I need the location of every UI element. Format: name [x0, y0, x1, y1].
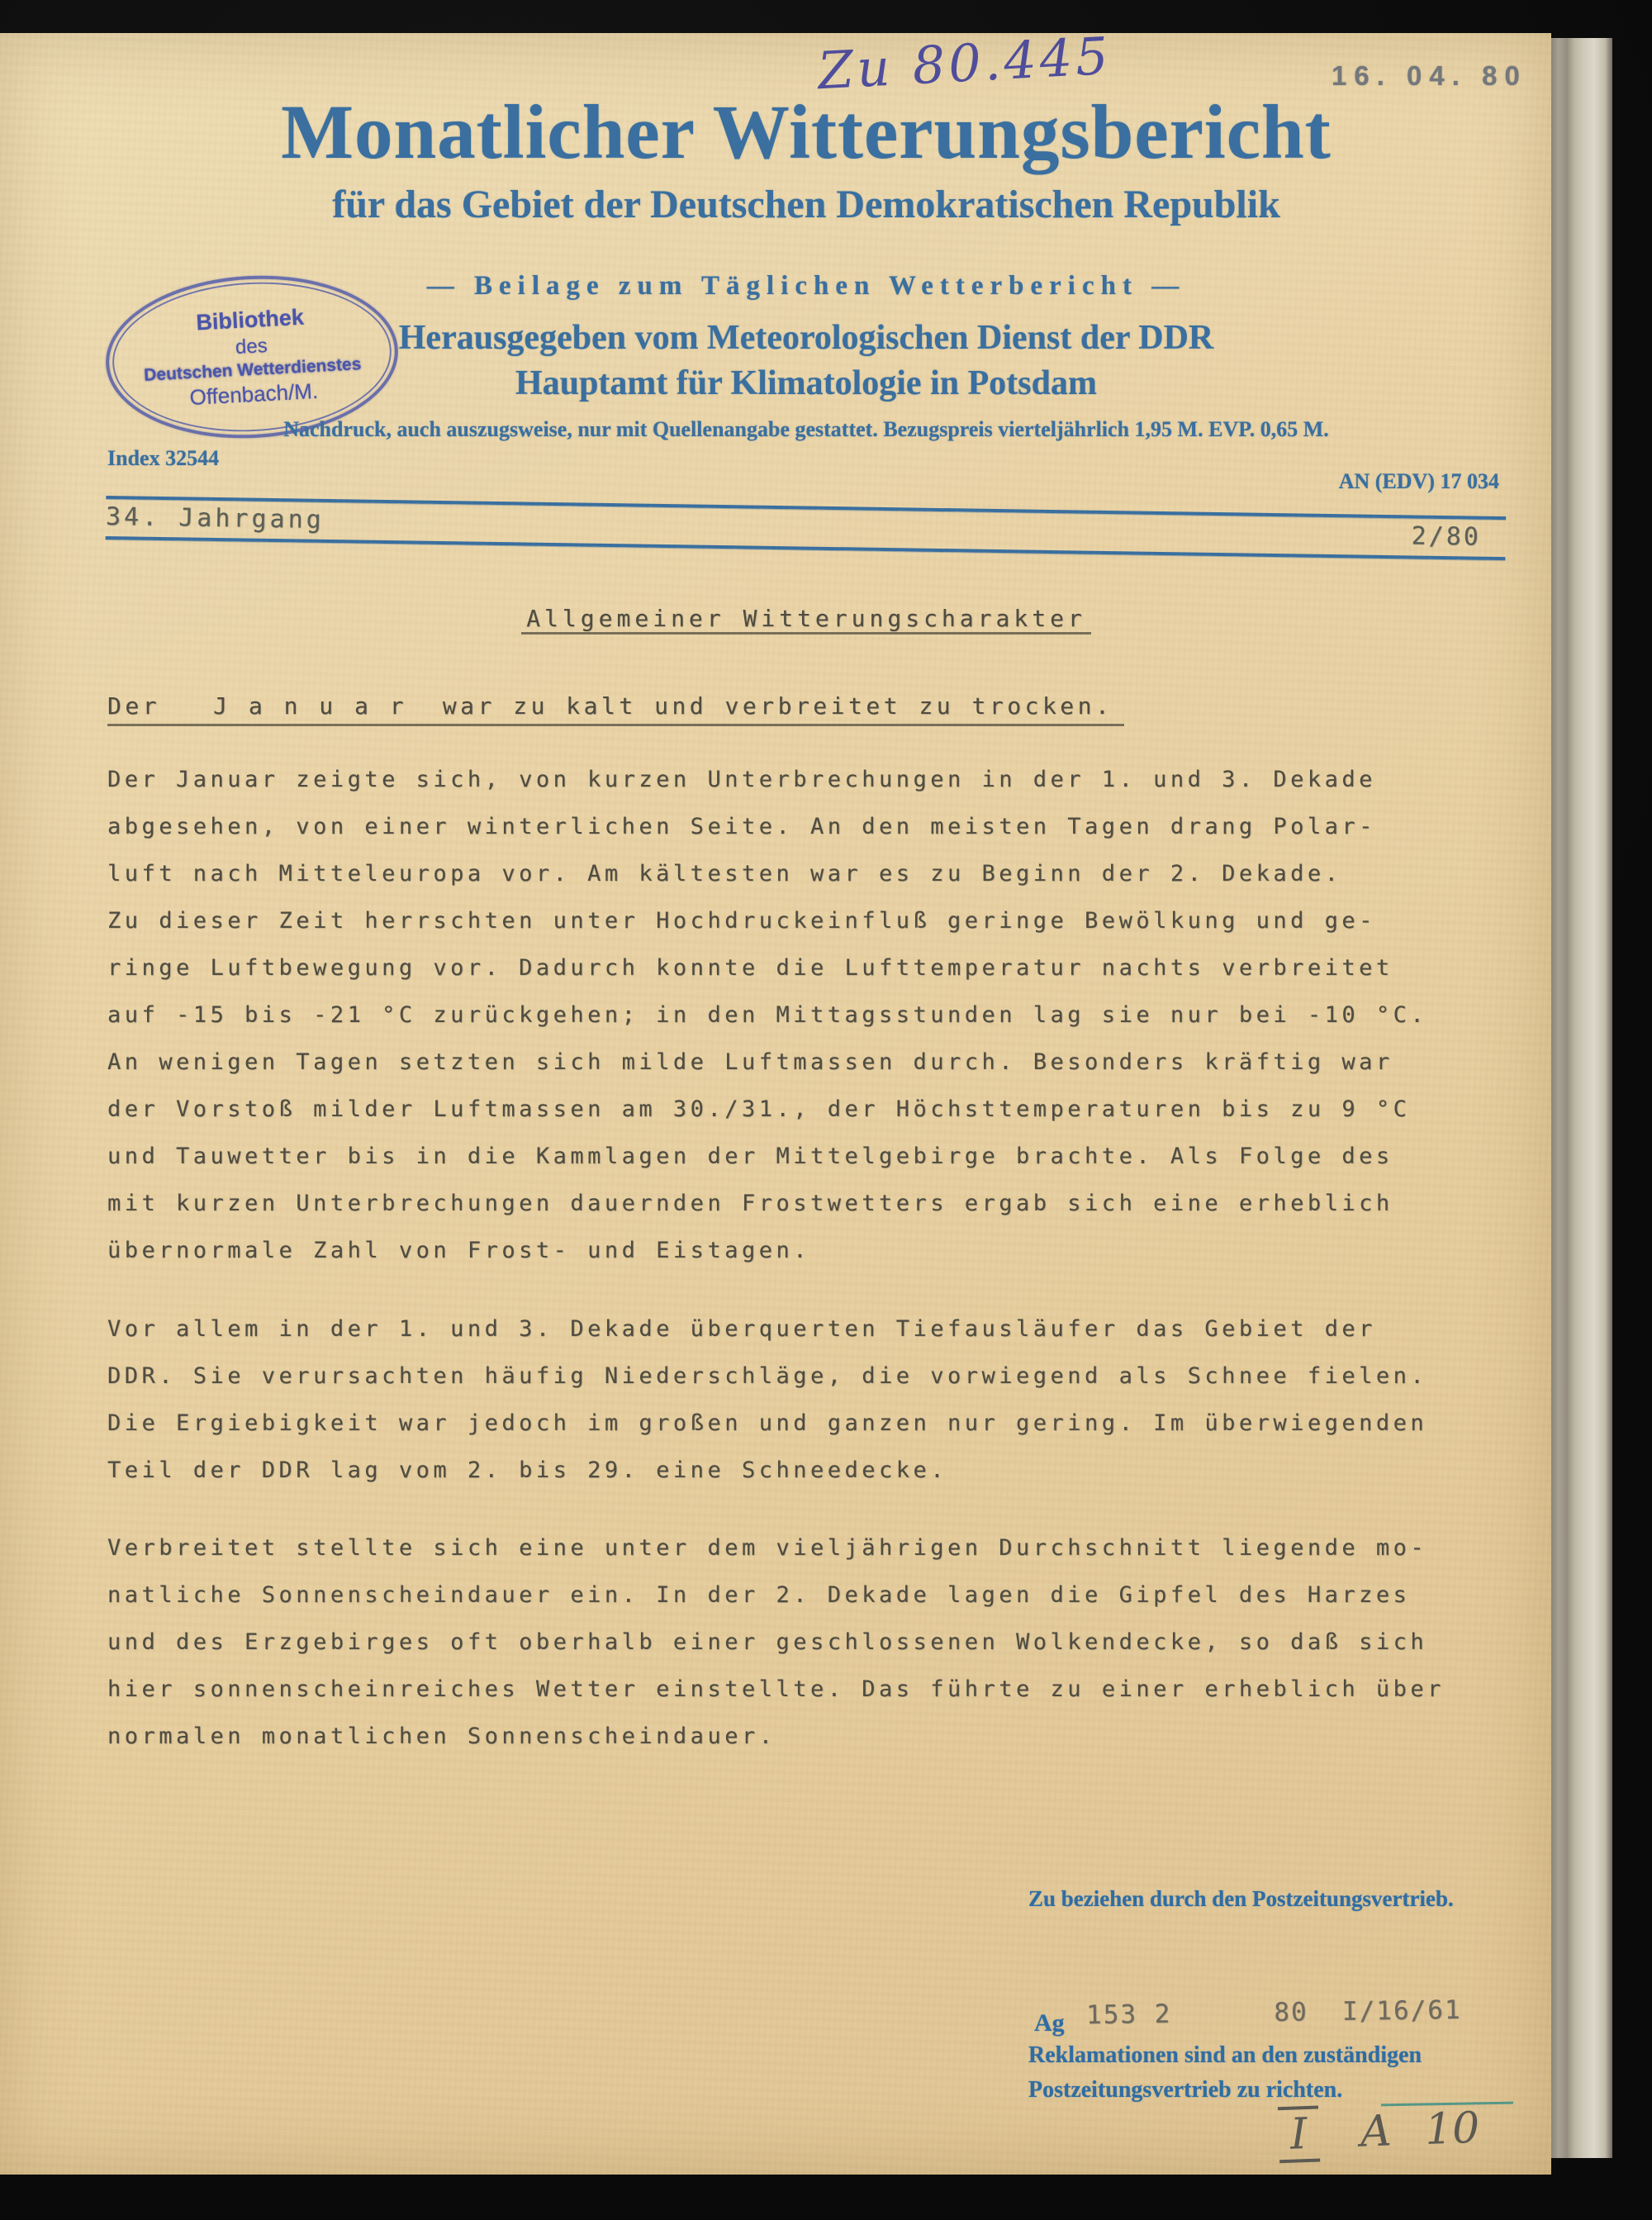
handwritten-shelfmark: I A 10	[1278, 2104, 1480, 2160]
index-number: Index 32544	[107, 446, 219, 471]
masthead: Monatlicher Witterungsbericht für das Ge…	[107, 93, 1505, 227]
issue-label: 2/80	[1411, 521, 1481, 551]
shelfmark-letter: A	[1360, 2106, 1393, 2156]
stamp-line-1: Bibliothek	[196, 303, 305, 337]
an-edv-number: AN (EDV) 17 034	[107, 469, 1499, 494]
imprint-line: Nachdruck, auch auszugsweise, nur mit Qu…	[107, 417, 1505, 442]
shelfmark-number: 10	[1424, 2104, 1480, 2155]
ag-label: Ag	[1034, 2009, 1065, 2037]
print-code: 153 2 80 I/16/61	[1086, 1995, 1462, 2030]
stamp-line-2: des	[235, 334, 268, 360]
reclamation-line-2: Postzeitungsvertrieb zu richten.	[1028, 2077, 1342, 2104]
lead-sentence-text: Der J a n u a r war zu kalt und verbreit…	[107, 692, 1124, 726]
document-page: Zu 80.445 16. 04. 80 Monatlicher Witteru…	[0, 33, 1551, 2175]
volume-issue-bar: 34. Jahrgang 2/80	[106, 496, 1507, 560]
distribution-note: Zu beziehen durch den Postzeitungsvertri…	[1028, 1886, 1454, 1912]
page-stack-edge	[1551, 38, 1612, 2158]
page-subtitle: für das Gebiet der Deutschen Demokratisc…	[107, 182, 1505, 227]
scanned-book-page: Zu 80.445 16. 04. 80 Monatlicher Witteru…	[0, 0, 1652, 2220]
paragraph-1: Der Januar zeigte sich, von kurzen Unter…	[107, 756, 1427, 1274]
paragraph-2: Vor allem in der 1. und 3. Dekade überqu…	[107, 1305, 1427, 1494]
lead-sentence: Der J a n u a r war zu kalt und verbreit…	[107, 692, 1124, 720]
shelfmark-roman-numeral: I	[1278, 2106, 1320, 2164]
reclamation-line-1: Reklamationen sind an den zuständigen	[1028, 2042, 1422, 2069]
date-received-stamp: 16. 04. 80	[1332, 60, 1527, 92]
report-heading: Allgemeiner Witterungscharakter	[107, 605, 1505, 632]
paragraph-3: Verbreitet stellte sich eine unter dem v…	[107, 1524, 1445, 1760]
report-heading-text: Allgemeiner Witterungscharakter	[521, 605, 1091, 635]
stamp-line-4: Offenbach/M.	[189, 378, 319, 411]
page-title: Monatlicher Witterungsbericht	[107, 93, 1505, 174]
volume-label: 34. Jahrgang	[106, 502, 325, 535]
